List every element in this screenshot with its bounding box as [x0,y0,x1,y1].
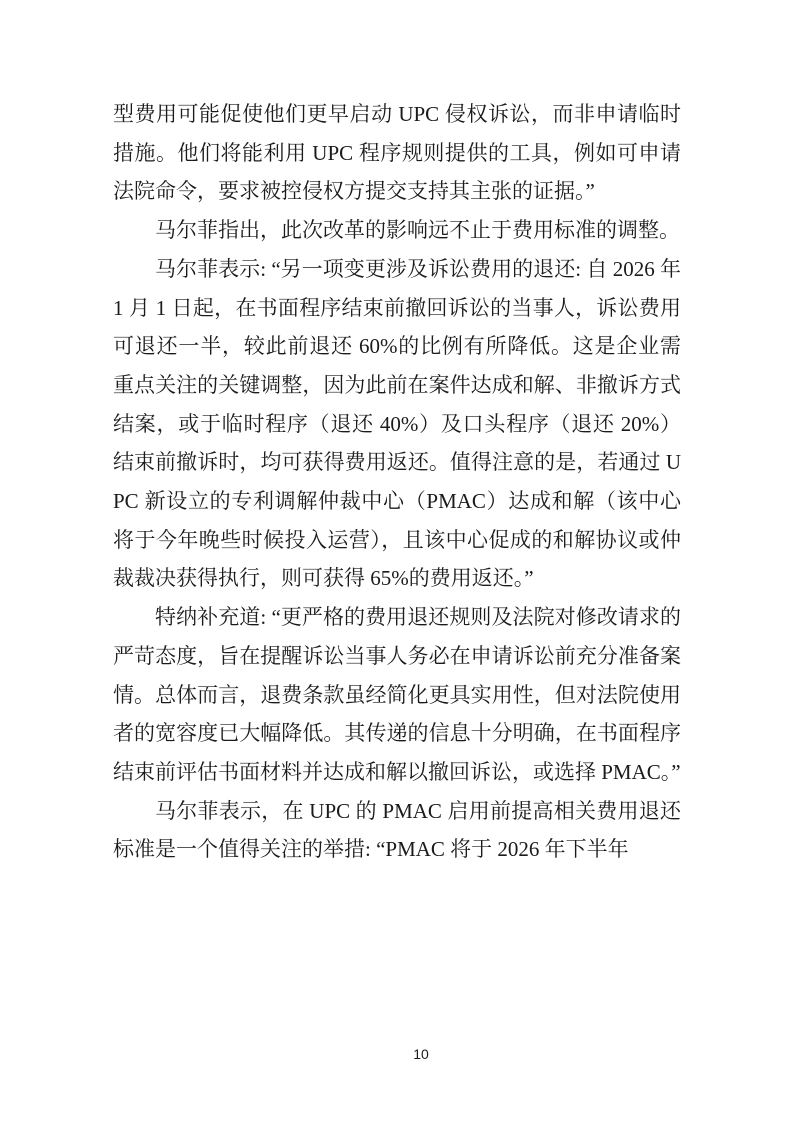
paragraph: 马尔菲表示，在 UPC 的 PMAC 启用前提高相关费用退还标准是一个值得关注的… [113,792,681,869]
body-text: 型费用可能促使他们更早启动 UPC 侵权诉讼，而非申请临时措施。他们将能利用 U… [113,95,681,869]
document-page: 型费用可能促使他们更早启动 UPC 侵权诉讼，而非申请临时措施。他们将能利用 U… [0,0,793,1122]
paragraph: 特纳补充道: “更严格的费用退还规则及法院对修改请求的严苛态度，旨在提醒诉讼当事… [113,598,681,792]
page-number: 10 [406,1046,436,1062]
paragraph: 马尔菲指出，此次改革的影响远不止于费用标准的调整。 [113,211,681,250]
paragraph: 马尔菲表示: “另一项变更涉及诉讼费用的退还: 自 2026 年 1 月 1 日… [113,250,681,598]
paragraph-continuation: 型费用可能促使他们更早启动 UPC 侵权诉讼，而非申请临时措施。他们将能利用 U… [113,95,681,211]
